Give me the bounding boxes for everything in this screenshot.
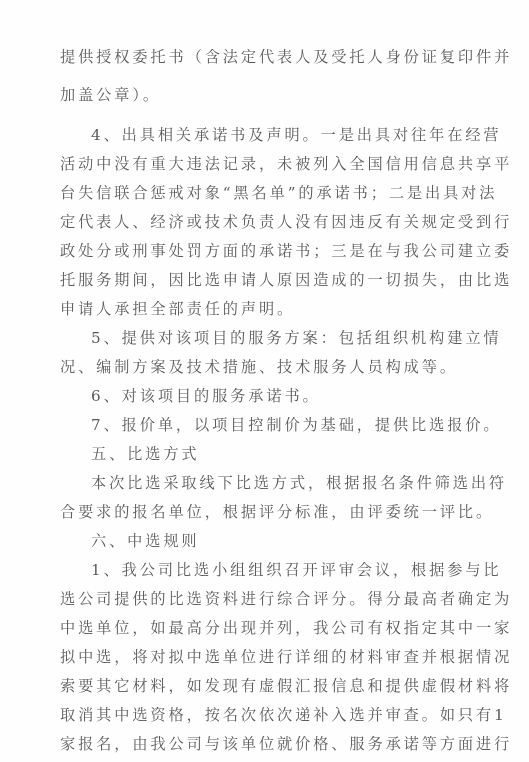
- text-line: 拟中选，将对拟中选单位进行详细的材料审查并根据情况: [60, 647, 464, 667]
- text-line: 加盖公章）。: [60, 85, 464, 105]
- text-line: 定代表人、经济或技术负责人没有因违反有关规定受到行: [60, 212, 464, 232]
- text-line: 家报名，由我公司与该单位就价格、服务承诺等方面进行: [60, 734, 464, 754]
- text-line: 中选单位，如最高分出现并列，我公司有权指定其中一家: [60, 618, 464, 638]
- text-line: 7、报价单，以项目控制价为基础，提供比选报价。: [91, 415, 464, 435]
- text-line: 提供授权委托书（含法定代表人及受托人身份证复印件并: [60, 47, 464, 67]
- text-line: 5、提供对该项目的服务方案：包括组织机构建立情: [91, 328, 464, 348]
- document-page: 提供授权委托书（含法定代表人及受托人身份证复印件并 加盖公章）。 4、出具相关承…: [0, 0, 529, 762]
- section-heading: 六、中选规则: [91, 531, 464, 551]
- text-line: 托服务期间，因比选申请人原因造成的一切损失，由比选: [60, 270, 464, 290]
- text-line: 台失信联合惩戒对象“黑名单”的承诺书；二是出具对法: [60, 183, 464, 203]
- text-line: 索要其它材料，如发现有虚假汇报信息和提供虚假材料将: [60, 676, 464, 696]
- text-line: 况、编制方案及技术措施、技术服务人员构成等。: [60, 357, 464, 377]
- text-line: 6、对该项目的服务承诺书。: [91, 386, 464, 406]
- text-line: 选公司提供的比选资料进行综合评分。得分最高者确定为: [60, 589, 464, 609]
- text-line: 4、出具相关承诺书及声明。一是出具对往年在经营: [91, 125, 464, 145]
- text-line: 活动中没有重大违法记录，未被列入全国信用信息共享平: [60, 154, 464, 174]
- text-line: 申请人承担全部责任的声明。: [60, 299, 464, 319]
- text-line: 1、我公司比选小组组织召开评审会议，根据参与比: [91, 560, 464, 580]
- text-line: 本次比选采取线下比选方式，根据报名条件筛选出符: [91, 473, 464, 493]
- section-heading: 五、比选方式: [91, 444, 464, 464]
- text-line: 取消其中选资格，按名次依次递补入选并审查。如只有1: [60, 705, 464, 725]
- text-line: 合要求的报名单位，根据评分标准，由评委统一评比。: [60, 502, 464, 522]
- text-line: 政处分或刑事处罚方面的承诺书；三是在与我公司建立委: [60, 241, 464, 261]
